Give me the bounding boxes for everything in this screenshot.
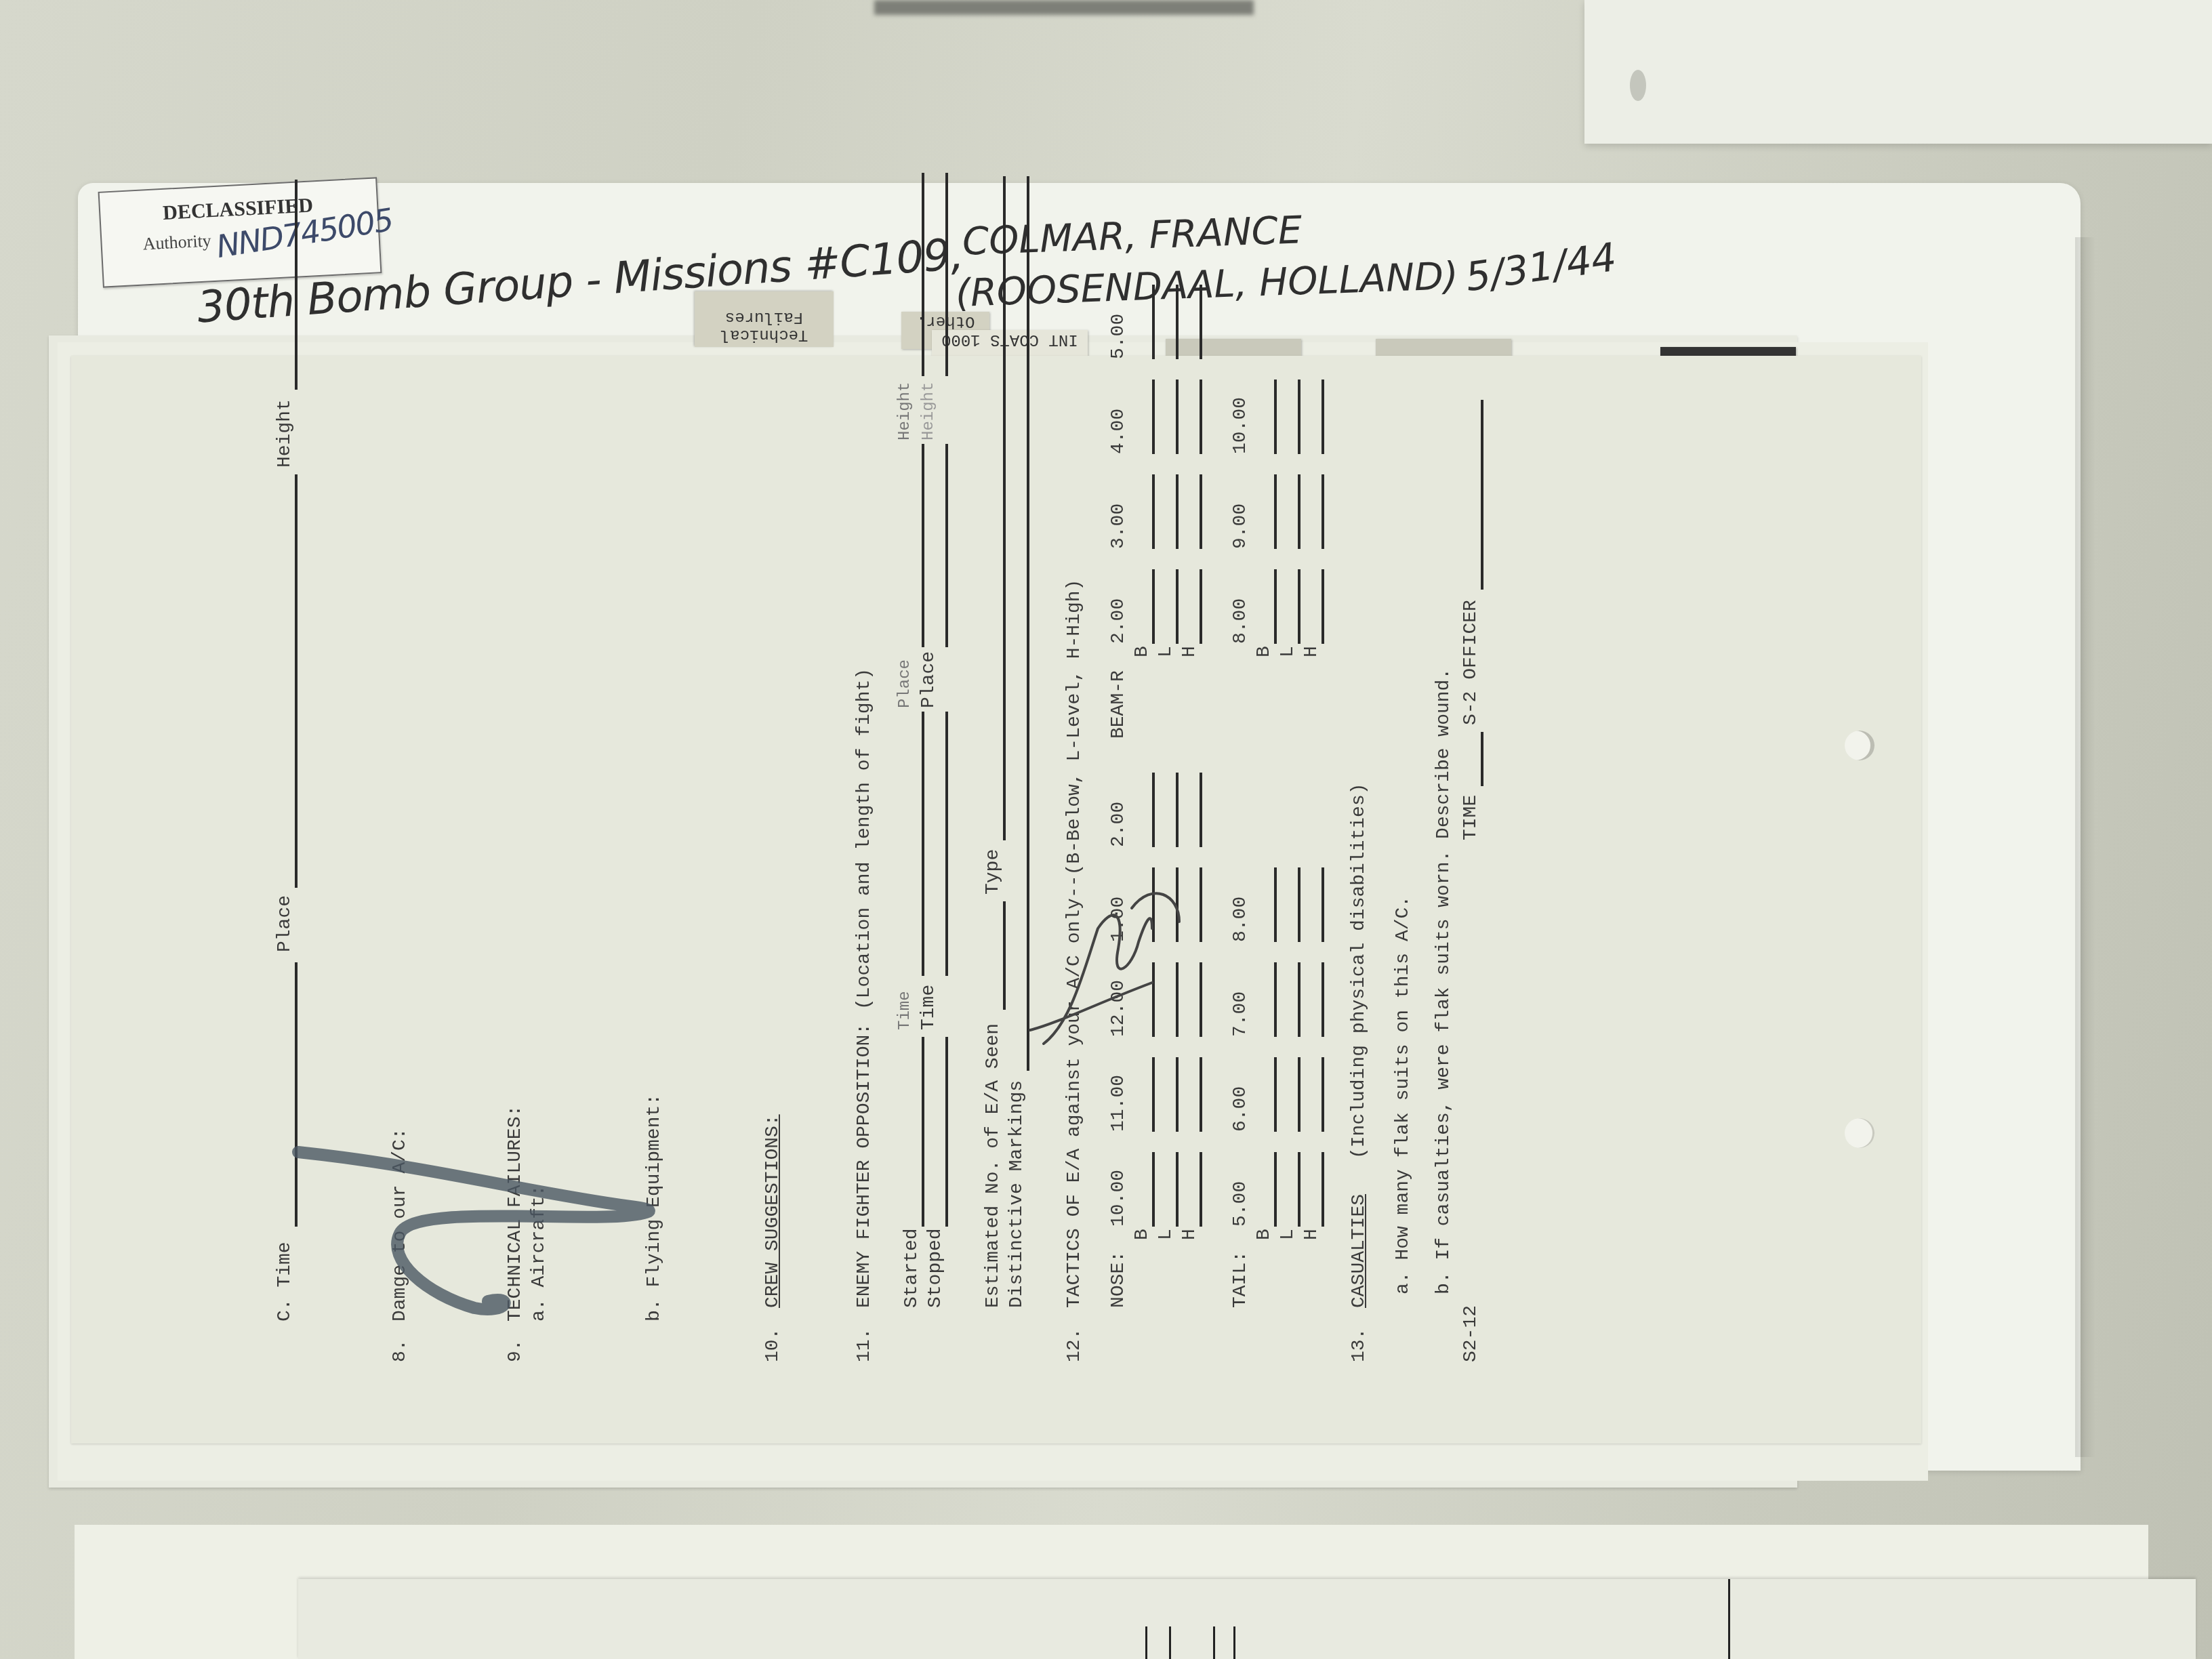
form-footer: S2-12 TIME S-2 OFFICER: [1460, 346, 1528, 1362]
started-place-blank[interactable]: [922, 712, 924, 976]
clock-position: 3.00: [1108, 504, 1130, 549]
clock-position: 5.00: [1230, 1181, 1252, 1227]
clock-position: 5.00: [1108, 314, 1130, 359]
punch-hole: [1845, 1118, 1875, 1148]
tactics-blank[interactable]: [1322, 867, 1324, 942]
row-label: H: [1179, 646, 1201, 657]
distinctive-markings-label: Distinctive Markings: [1006, 1080, 1028, 1308]
tactics-blank[interactable]: [1152, 285, 1155, 359]
tactics-blank[interactable]: [1200, 380, 1202, 454]
tactics-blank[interactable]: [1200, 474, 1202, 549]
item-13a-label: a. How many flak suits on this A/C.: [1393, 896, 1414, 1294]
tail-label: TAIL:: [1230, 1251, 1252, 1308]
tactics-blank[interactable]: [1274, 962, 1277, 1037]
handwritten-initials: [1017, 867, 1193, 1091]
started-height-label: Height: [895, 382, 916, 441]
item-c-place-label: Place: [274, 895, 296, 952]
tactics-blank[interactable]: [1322, 962, 1324, 1037]
tactics-blank[interactable]: [1322, 1057, 1324, 1132]
tactics-blank[interactable]: [1176, 285, 1179, 359]
clock-position: 10.00: [1230, 397, 1252, 454]
tactics-blank[interactable]: [1274, 474, 1277, 549]
started-height-value-blank[interactable]: [922, 173, 924, 376]
stopped-time-blank[interactable]: [945, 1037, 948, 1227]
folder-shadow: [2075, 237, 2095, 1457]
item-11-number: 11.: [854, 1328, 876, 1362]
row-label: L: [1277, 1229, 1299, 1240]
tactics-blank[interactable]: [1322, 474, 1324, 549]
item-9-number: 9.: [505, 1339, 527, 1362]
estimated-ea-label: Estimated No. of E/A Seen: [983, 1023, 1004, 1308]
stopped-place-label: Place: [918, 651, 940, 708]
tactics-blank[interactable]: [1298, 1152, 1300, 1227]
tactics-blank[interactable]: [1298, 867, 1300, 942]
clock-position: 10.00: [1108, 1170, 1130, 1227]
tactics-blank[interactable]: [1176, 569, 1179, 644]
tactics-blank[interactable]: [1200, 285, 1202, 359]
form-rule-line: [1213, 1626, 1215, 1659]
item-8-number: 8.: [390, 1339, 411, 1362]
tactics-blank[interactable]: [1274, 867, 1277, 942]
punch-hole: [1630, 70, 1646, 101]
tactics-blank[interactable]: [1152, 1152, 1155, 1227]
tactics-blank[interactable]: [1322, 380, 1324, 454]
row-label: L: [1277, 646, 1299, 657]
item-10-number: 10.: [762, 1328, 784, 1362]
started-label: Started: [901, 1228, 923, 1308]
tactics-blank[interactable]: [1322, 1152, 1324, 1227]
form-rule-line: [1728, 1579, 1730, 1659]
started-time-label: Time: [895, 991, 916, 1030]
item-13-hint: (Including physical disabilities): [1349, 783, 1370, 1160]
tactics-blank[interactable]: [1200, 569, 1202, 644]
stopped-place-blank[interactable]: [945, 712, 948, 976]
item-13-label: CASUALTIES: [1349, 1194, 1370, 1308]
nose-label: NOSE:: [1108, 1251, 1130, 1308]
stopped-height-label: Height: [918, 382, 940, 441]
tactics-blank[interactable]: [1200, 773, 1202, 847]
tactics-blank[interactable]: [1298, 962, 1300, 1037]
clock-position: 8.00: [1230, 598, 1252, 644]
row-label: H: [1301, 646, 1323, 657]
height-blank[interactable]: [295, 180, 298, 390]
clock-position: 7.00: [1230, 991, 1252, 1037]
tactics-blank[interactable]: [1274, 1057, 1277, 1132]
tactics-blank[interactable]: [1152, 380, 1155, 454]
form-rule-line: [1145, 1626, 1147, 1659]
tactics-blank[interactable]: [1200, 1057, 1202, 1132]
form-number: S2-12: [1460, 1305, 1482, 1362]
row-label: H: [1301, 1229, 1323, 1240]
footer-time-blank[interactable]: [1481, 732, 1483, 786]
estimated-ea-blank[interactable]: [1003, 901, 1006, 1010]
clock-position: 6.00: [1230, 1086, 1252, 1132]
tactics-blank[interactable]: [1298, 380, 1300, 454]
form-rule-line: [1169, 1626, 1171, 1659]
clock-position: 2.00: [1108, 598, 1130, 644]
clock-position: 4.00: [1108, 409, 1130, 454]
footer-officer-blank[interactable]: [1481, 400, 1483, 590]
declassified-stamp: DECLASSIFIED Authority NND745005: [98, 177, 382, 287]
tactics-blank[interactable]: [1176, 380, 1179, 454]
row-label: B: [1254, 1229, 1275, 1240]
divider-tab-technical-failures[interactable]: Technical Failures: [695, 291, 834, 347]
authority-label: Authority: [142, 230, 212, 254]
tactics-blank[interactable]: [1152, 569, 1155, 644]
started-place-label: Place: [895, 659, 916, 708]
punch-hole: [1845, 731, 1875, 760]
row-label: L: [1155, 646, 1177, 657]
tactics-blank[interactable]: [1152, 474, 1155, 549]
tactics-blank[interactable]: [1274, 380, 1277, 454]
item-c-height-label: Height: [274, 399, 296, 468]
item-10-label: CREW SUGGESTIONS:: [762, 1114, 784, 1308]
footer-officer-label: S-2 OFFICER: [1460, 600, 1482, 725]
loose-paper-sheet: [1584, 0, 2212, 144]
clock-position: 9.00: [1230, 504, 1252, 549]
item-13-number: 13.: [1349, 1328, 1370, 1362]
tactics-blank[interactable]: [1298, 1057, 1300, 1132]
item-11-hint: (Location and length of fight): [854, 668, 876, 1010]
clock-position: 2.00: [1108, 802, 1130, 847]
tactics-blank[interactable]: [1200, 1152, 1202, 1227]
tactics-blank[interactable]: [1200, 962, 1202, 1037]
tactics-blank[interactable]: [1298, 569, 1300, 644]
row-label: B: [1132, 646, 1153, 657]
stopped-height-value-blank[interactable]: [945, 173, 948, 376]
tactics-blank[interactable]: [1298, 474, 1300, 549]
tactics-blank[interactable]: [1176, 773, 1179, 847]
tactics-blank[interactable]: [1176, 1152, 1179, 1227]
started-height-blank[interactable]: [922, 444, 924, 647]
started-time-blank[interactable]: [922, 1037, 924, 1227]
pencil-scribble: [291, 1139, 712, 1328]
stopped-height-blank[interactable]: [945, 444, 948, 647]
place-blank[interactable]: [295, 474, 298, 888]
item-11-label: ENEMY FIGHTER OPPOSITION:: [854, 1023, 876, 1308]
tactics-blank[interactable]: [1152, 773, 1155, 847]
item-13b-label: b. If casualties, were flak suits worn. …: [1433, 668, 1455, 1294]
type-blank[interactable]: [1003, 176, 1006, 840]
background-object: [874, 0, 1254, 15]
item-12-number: 12.: [1064, 1328, 1086, 1362]
bottom-document-stack: [298, 1579, 2196, 1659]
row-label: L: [1155, 1229, 1177, 1240]
stopped-label: Stopped: [925, 1228, 947, 1308]
tactics-blank[interactable]: [1322, 569, 1324, 644]
row-label: B: [1132, 1229, 1153, 1240]
tactics-blank[interactable]: [1176, 474, 1179, 549]
stopped-time-label: Time: [918, 985, 940, 1030]
beam-r-label: BEAM-R: [1108, 670, 1130, 739]
row-label: H: [1179, 1229, 1201, 1240]
tactics-blank[interactable]: [1274, 569, 1277, 644]
tactics-blank[interactable]: [1274, 1152, 1277, 1227]
type-label: Type: [983, 849, 1004, 895]
row-label: B: [1254, 646, 1275, 657]
tactics-blank[interactable]: [1200, 867, 1202, 942]
form-rule-line: [1233, 1626, 1235, 1659]
clock-position: 8.00: [1230, 897, 1252, 942]
footer-time-label: TIME: [1460, 795, 1482, 840]
